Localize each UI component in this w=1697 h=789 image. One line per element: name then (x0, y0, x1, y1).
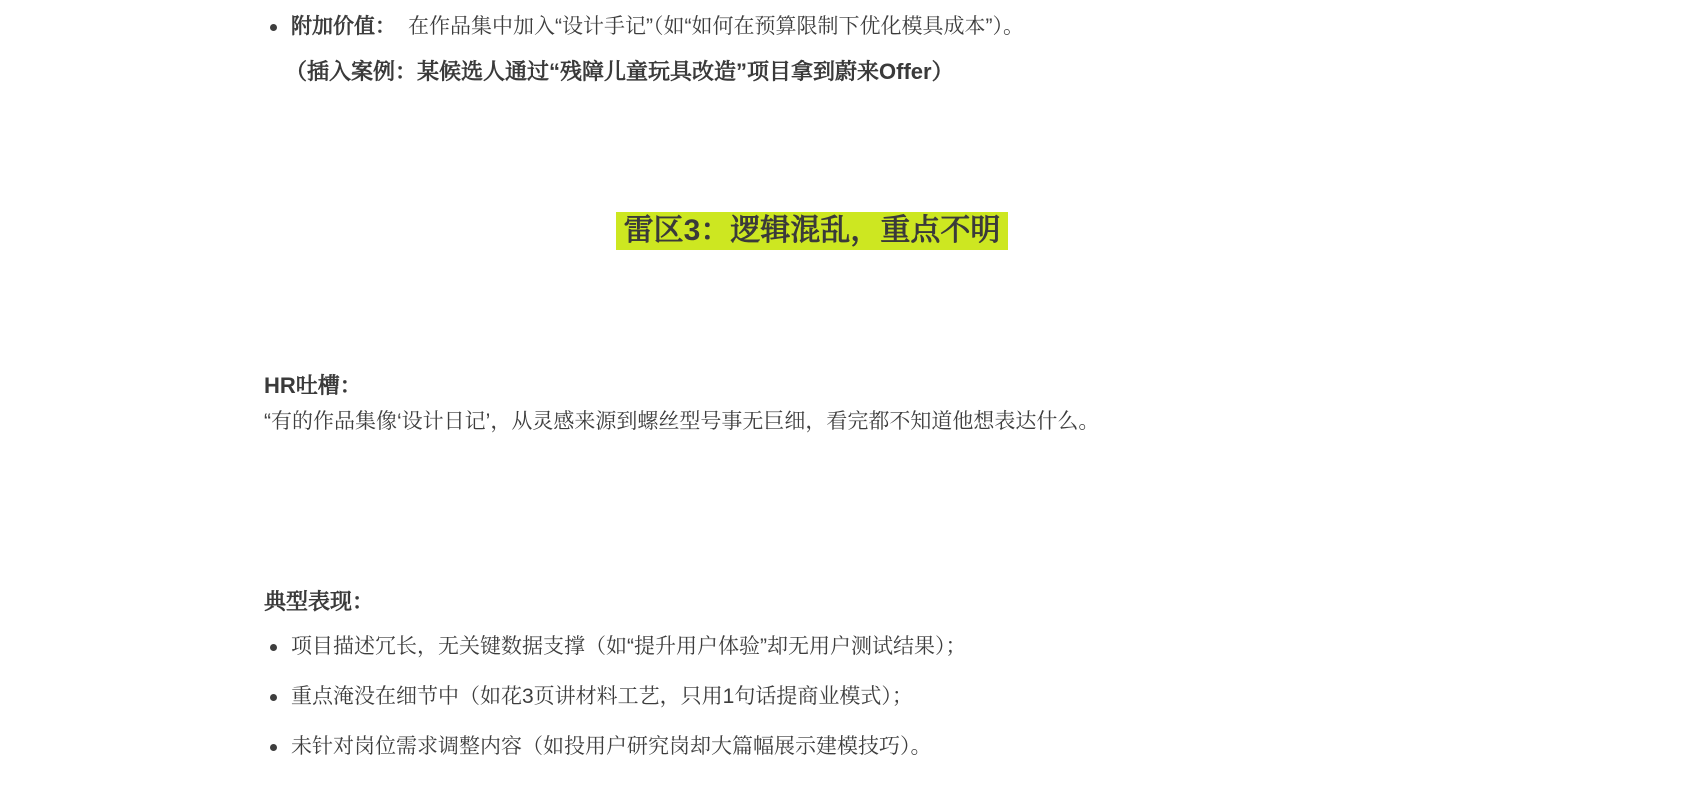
bullet-text: 项目描述冗长，无关键数据支撑（如“提升用户体验”却无用户测试结果）； (291, 634, 966, 659)
hr-complaint-label: HR吐槽： (264, 372, 362, 400)
section-heading-row: 雷区3：逻辑混乱，重点不明 (0, 212, 1624, 250)
document-page: 附加价值：在作品集中加入“设计手记”（如“如何在预算限制下优化模具成本”）。 （… (0, 0, 1697, 789)
bullet-dot-icon (270, 694, 277, 701)
bullet-dot-icon (270, 744, 277, 751)
list-item: 未针对岗位需求调整内容（如投用户研究岗却大篇幅展示建模技巧）。 (266, 734, 966, 759)
list-item: 重点淹没在细节中（如花3页讲材料工艺，只用1句话提商业模式）； (266, 684, 966, 709)
intro-bullet-line: 附加价值：在作品集中加入“设计手记”（如“如何在预算限制下优化模具成本”）。 (291, 14, 1024, 40)
bullet-text: 未针对岗位需求调整内容（如投用户研究岗却大篇幅展示建模技巧）。 (291, 734, 932, 759)
section-heading: 雷区3：逻辑混乱，重点不明 (616, 212, 1009, 250)
intro-bullet-item: 附加价值：在作品集中加入“设计手记”（如“如何在预算限制下优化模具成本”）。 (266, 14, 1024, 40)
bullet-dot-icon (270, 644, 277, 651)
intro-bullet-lead: 附加价值： (291, 15, 396, 38)
typical-behaviors-label: 典型表现： (264, 588, 374, 616)
typical-behaviors-list: 项目描述冗长，无关键数据支撑（如“提升用户体验”却无用户测试结果）； 重点淹没在… (266, 634, 966, 784)
bullet-text: 重点淹没在细节中（如花3页讲材料工艺，只用1句话提商业模式）； (291, 684, 913, 709)
case-note: （插入案例：某候选人通过“残障儿童玩具改造”项目拿到蔚来Offer） (285, 58, 954, 86)
hr-complaint-quote: “有的作品集像‘设计日记’，从灵感来源到螺丝型号事无巨细，看完都不知道他想表达什… (264, 408, 1099, 435)
list-item: 项目描述冗长，无关键数据支撑（如“提升用户体验”却无用户测试结果）； (266, 634, 966, 659)
bullet-dot-icon (270, 24, 277, 31)
intro-bullet-body: 在作品集中加入“设计手记”（如“如何在预算限制下优化模具成本”）。 (408, 15, 1024, 38)
